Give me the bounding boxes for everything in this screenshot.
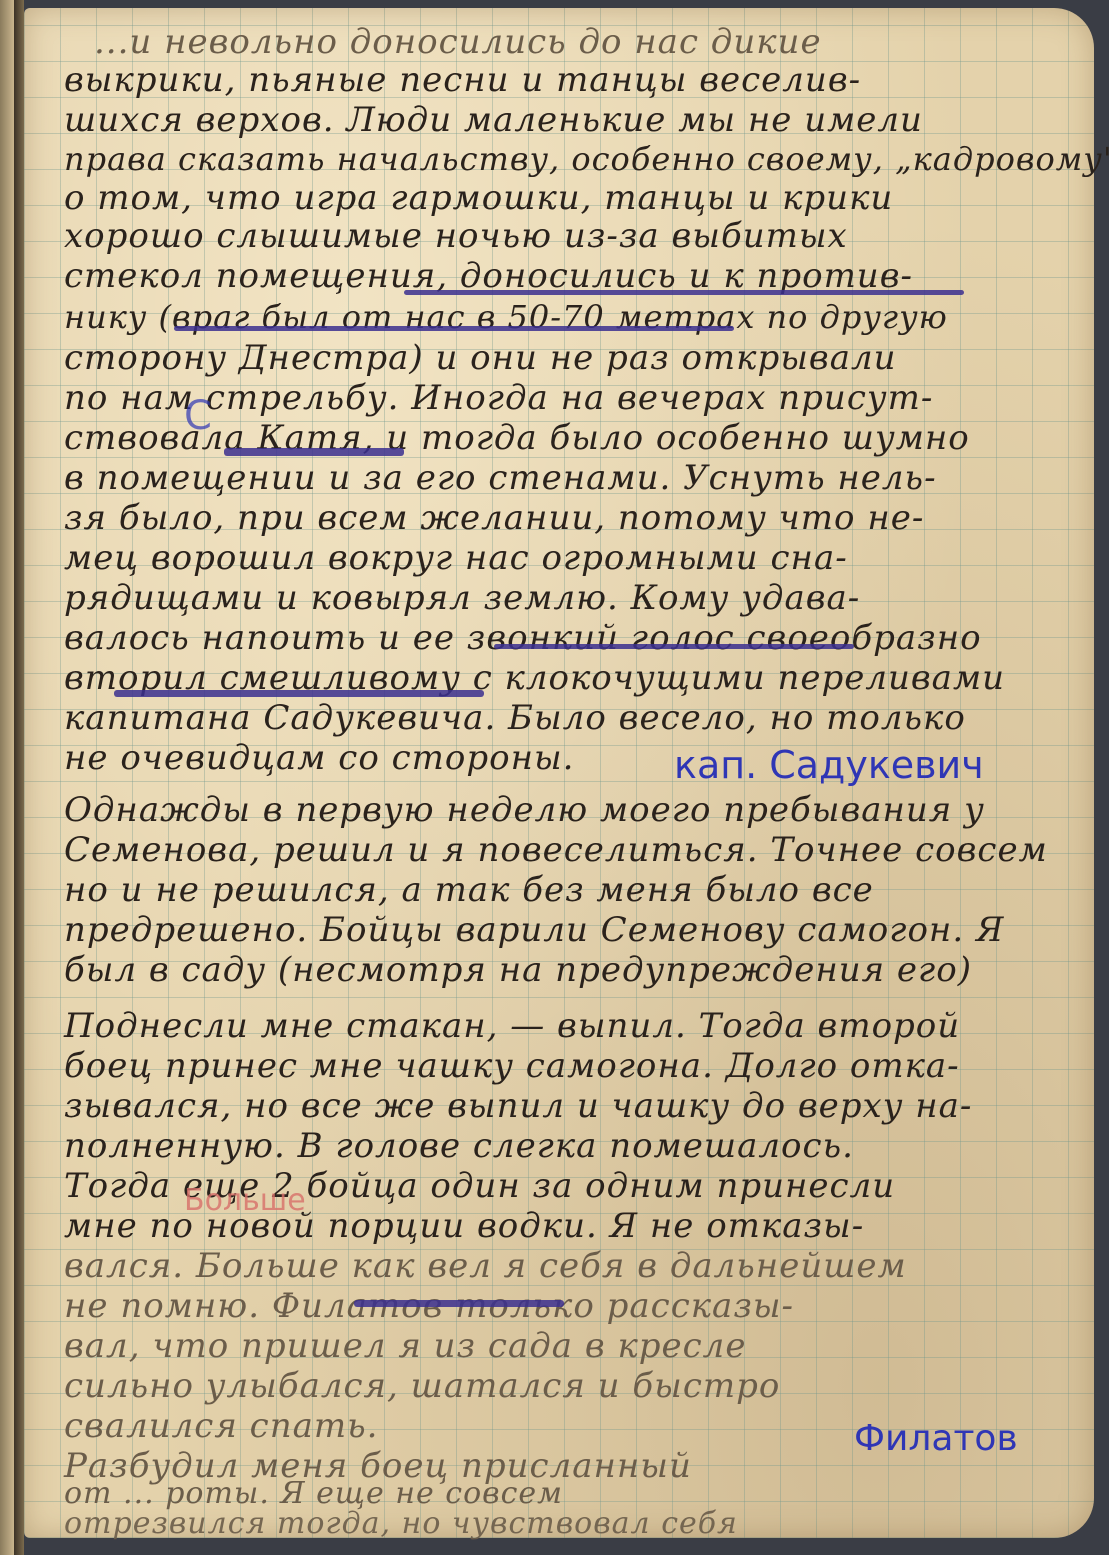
text-line: был в саду (несмотря на предупреждения е… bbox=[64, 950, 1074, 990]
text-line: хорошо слышимые ночью из-за выбитых bbox=[64, 216, 1074, 256]
text-line: капитана Садукевича. Было весело, но тол… bbox=[64, 698, 1074, 738]
text-line: рядищами и ковырял землю. Кому удава- bbox=[64, 578, 1074, 618]
text-line: шихся верхов. Люди маленькие мы не имели bbox=[64, 100, 1074, 140]
text-line: мец ворошил вокруг нас огромными сна- bbox=[64, 538, 1074, 578]
left-page-edge bbox=[0, 0, 14, 1555]
text-line: сторону Днестра) и они не раз открывали bbox=[64, 338, 1074, 378]
text-line: по нам стрельбу. Иногда на вечерах прису… bbox=[64, 378, 1074, 418]
text-line: о том, что игра гармошки, танцы и крики bbox=[64, 178, 1074, 218]
text-line: боец принес мне чашку самогона. Долго от… bbox=[64, 1046, 1074, 1086]
text-line: полненную. В голове слегка помешалось. bbox=[64, 1126, 1074, 1166]
text-line: Поднесли мне стакан, — выпил. Тогда втор… bbox=[64, 1006, 1074, 1046]
margin-note-letter: С bbox=[184, 393, 212, 439]
text-line: вал, что пришел я из сада в кресле bbox=[64, 1326, 1074, 1366]
text-line: валось напоить и ее звонкий голос своеоб… bbox=[64, 618, 1074, 658]
underline-mark bbox=[404, 290, 964, 295]
margin-note-sadukevich: кап. Садукевич bbox=[674, 743, 984, 787]
text-line: Однажды в первую неделю моего пребывания… bbox=[64, 790, 1074, 830]
underline-mark bbox=[354, 1300, 564, 1307]
text-line: в помещении и за его стенами. Уснуть нел… bbox=[64, 458, 1074, 498]
text-line: сильно улыбался, шатался и быстро bbox=[64, 1366, 1074, 1406]
text-line: зя было, при всем желании, потому что не… bbox=[64, 498, 1074, 538]
text-line: но и не решился, а так без меня было все bbox=[64, 870, 1074, 910]
text-line: выкрики, пьяные песни и танцы веселив- bbox=[64, 60, 1074, 100]
text-line: права сказать начальству, особенно своем… bbox=[64, 140, 1074, 178]
text-line: ...и невольно доносились до нас дикие bbox=[94, 22, 1074, 62]
text-line: не помню. Филатов только рассказы- bbox=[64, 1286, 1074, 1326]
text-line: Семенова, решил и я повеселиться. Точнее… bbox=[64, 830, 1074, 870]
text-line: зывался, но все же выпил и чашку до верх… bbox=[64, 1086, 1074, 1126]
underline-mark bbox=[174, 326, 734, 331]
text-line: предрешено. Бойцы варили Семенову самого… bbox=[64, 910, 1074, 950]
margin-note-red: Больше bbox=[184, 1183, 306, 1218]
notebook-spine bbox=[14, 0, 24, 1555]
text-line: отрезвился тогда, но чувствовал себя bbox=[64, 1506, 1074, 1541]
margin-note-filatov: Филатов bbox=[854, 1418, 1018, 1459]
notebook-page: ...и невольно доносились до нас дикие вы… bbox=[24, 8, 1094, 1538]
underline-mark bbox=[114, 690, 484, 697]
underline-mark bbox=[494, 644, 854, 649]
text-line: вался. Больше как вел я себя в дальнейше… bbox=[64, 1246, 1074, 1286]
underline-mark bbox=[224, 448, 404, 456]
text-line: ствовала Катя, и тогда было особенно шум… bbox=[64, 418, 1074, 458]
